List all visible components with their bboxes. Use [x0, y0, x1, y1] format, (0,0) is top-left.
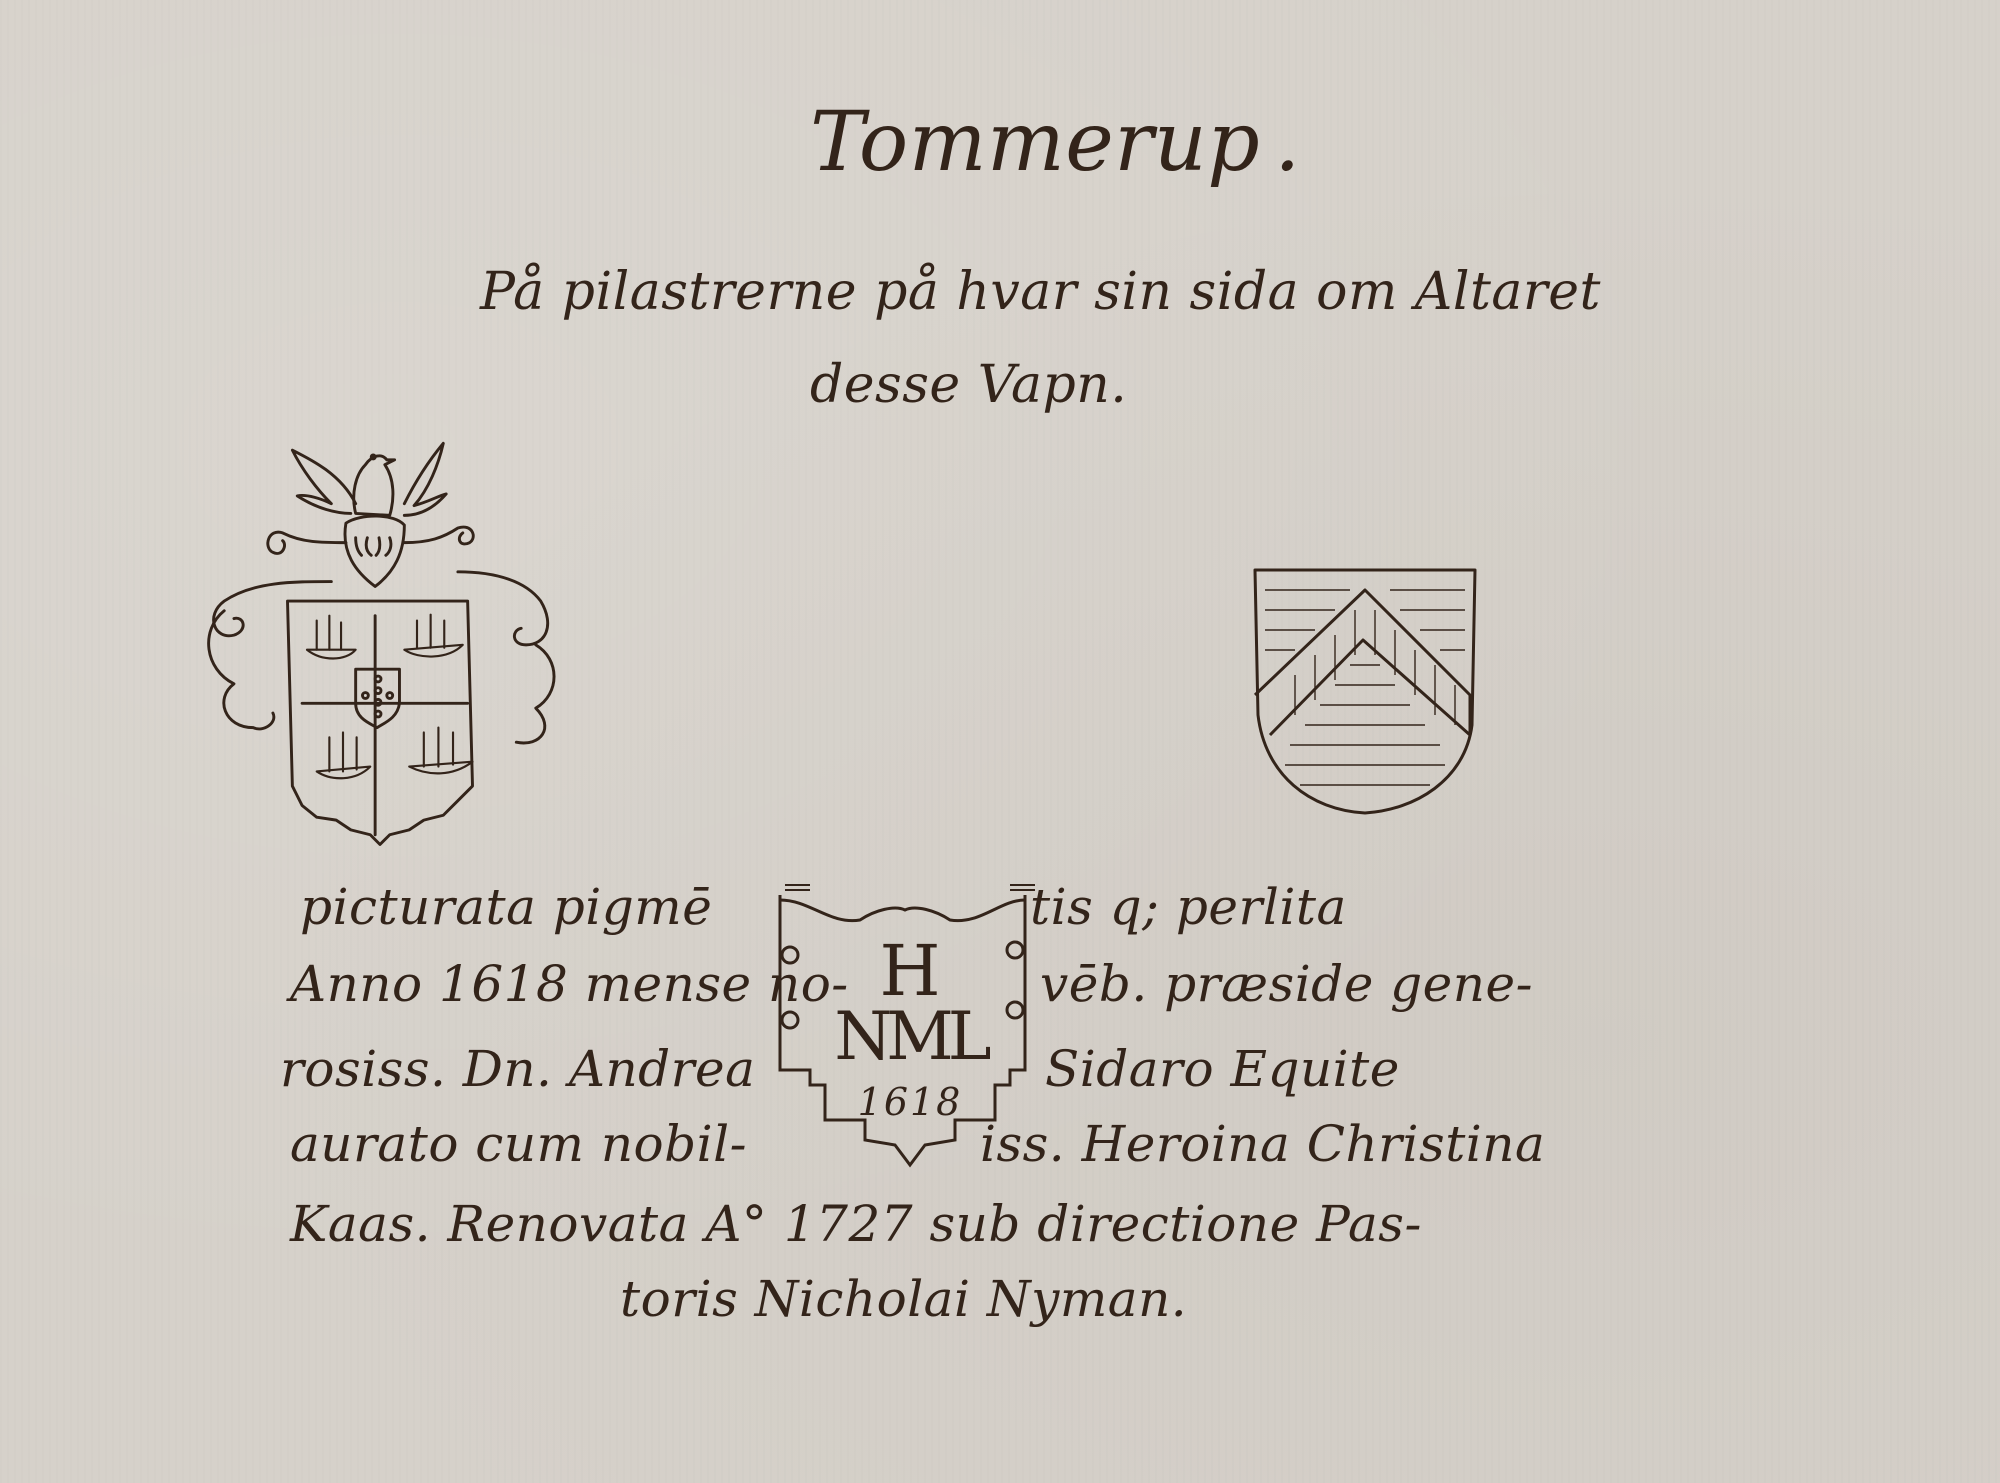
page-title: Tommerup.	[810, 95, 1301, 190]
inscription-line-5: Kaas. Renovata A° 1727 sub directione Pa…	[290, 1195, 1422, 1253]
subtitle-line-1: På pilastrerne på hvar sin sida om Altar…	[480, 262, 1601, 322]
title-text: Tommerup	[810, 95, 1260, 190]
inscription-line-3-right: Sidaro Equite	[1045, 1040, 1400, 1098]
inscription-line-1-left: picturata pigmē	[300, 878, 712, 936]
inscription-line-3-left: rosiss. Dn. Andrea	[280, 1040, 755, 1098]
inscription-line-4-right: iss. Heroina Christina	[980, 1115, 1545, 1173]
inscription-line-2-left: Anno 1618 mense no-	[290, 955, 849, 1013]
inscription-line-6: toris Nicholai Nyman.	[620, 1270, 1187, 1328]
coat-of-arms-chevron-icon	[1250, 565, 1480, 815]
inscription-line-4-left: aurato cum nobil-	[290, 1115, 747, 1173]
inscription-line-1-right: tis q; perlita	[1030, 878, 1347, 936]
title-period: .	[1274, 95, 1301, 190]
subtitle-line-2: desse Vapn.	[810, 355, 1127, 415]
inscription-line-2-right: vēb. præside gene-	[1040, 955, 1533, 1013]
coat-of-arms-ships-icon	[195, 430, 565, 850]
